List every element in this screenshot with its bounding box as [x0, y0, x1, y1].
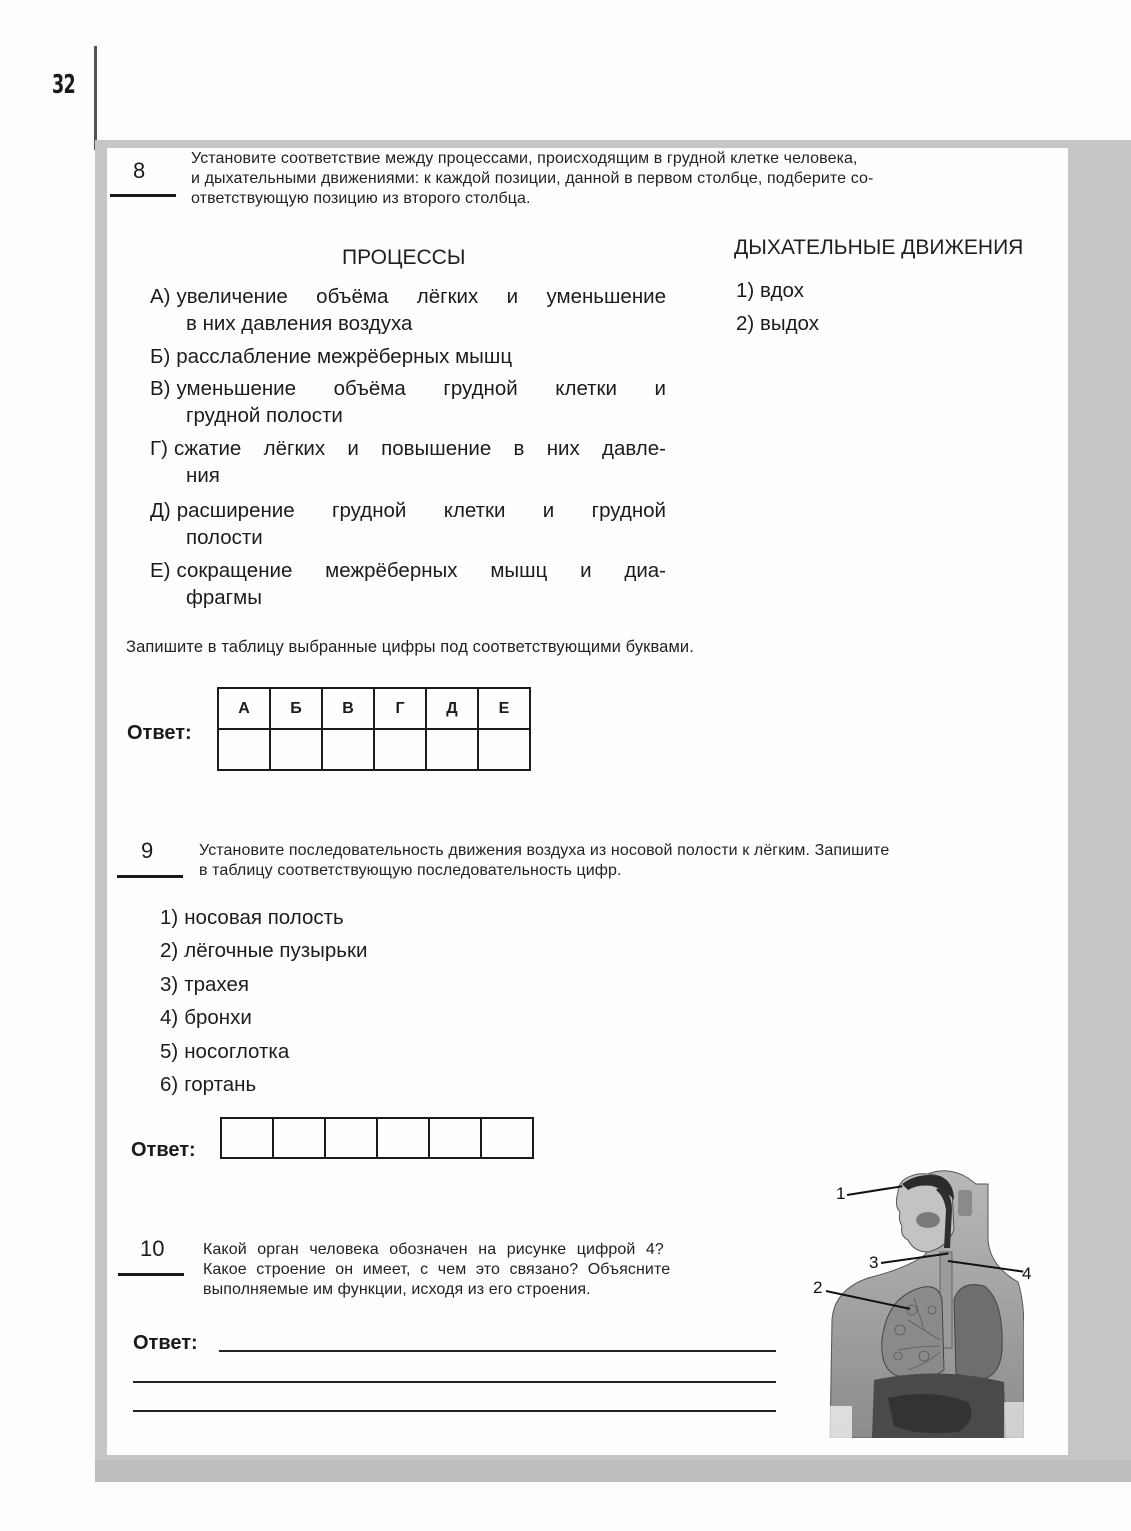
q8-movement-item: 1) вдох	[736, 276, 804, 305]
respiratory-system-figure	[828, 1170, 1024, 1438]
process-text: ния	[150, 461, 666, 490]
q8-prompt: Установите соответствие между процессами…	[191, 148, 1061, 209]
q8-number-bar	[110, 194, 176, 197]
q8-table-header-cell: Г	[374, 688, 426, 729]
q8-process-item: Г)сжатие лёгких и повышение в них давле-…	[150, 434, 666, 490]
process-letter: В)	[150, 377, 171, 400]
q10-answer-label: Ответ:	[133, 1332, 198, 1355]
figure-label-4: 4	[1022, 1264, 1031, 1284]
q10-prompt-line: Какой орган человека обозначен на рисунк…	[203, 1239, 778, 1260]
q8-table-header-cell: Д	[426, 688, 478, 729]
q10-answer-line[interactable]	[133, 1410, 776, 1412]
movement-number: 2)	[736, 312, 754, 335]
q8-answer-cell[interactable]	[478, 729, 530, 770]
q8-prompt-line: и дыхательными движениями: к каждой пози…	[191, 168, 1061, 189]
q8-right-heading: ДЫХАТЕЛЬНЫЕ ДВИЖЕНИЯ	[734, 236, 1023, 260]
q10-answer-line[interactable]	[133, 1381, 776, 1383]
option-number: 1)	[160, 906, 178, 929]
option-number: 3)	[160, 973, 178, 996]
q9-answer-cell[interactable]	[481, 1118, 533, 1158]
process-letter: Е)	[150, 559, 171, 582]
option-label: лёгочные пузырьки	[184, 939, 367, 962]
q8-table-header-cell: А	[218, 688, 270, 729]
q8-number: 8	[133, 158, 145, 184]
q9-prompt: Установите последовательность движения в…	[199, 840, 1069, 881]
q8-answer-cell[interactable]	[270, 729, 322, 770]
q8-process-item: А)увеличение объёма лёгких и уменьшениев…	[150, 282, 666, 338]
process-text: сокращение межрёберных мышц и диа-	[177, 559, 667, 582]
option-number: 4)	[160, 1006, 178, 1029]
q8-process-item: Б)расслабление межрёберных мышц	[150, 342, 666, 371]
q10-number-bar	[118, 1273, 184, 1276]
process-text: фрагмы	[150, 583, 666, 612]
q8-answer-cell[interactable]	[322, 729, 374, 770]
option-label: носовая полость	[184, 906, 343, 929]
q9-option-item: 6)гортань	[160, 1070, 256, 1099]
process-letter: А)	[150, 285, 171, 308]
q8-prompt-line: Установите соответствие между процессами…	[191, 148, 1061, 169]
q9-option-item: 3)трахея	[160, 970, 249, 999]
process-text: расслабление межрёберных мышц	[176, 345, 512, 368]
q10-prompt-line: выполняемые им функции, исходя из его ст…	[203, 1279, 778, 1300]
option-number: 2)	[160, 939, 178, 962]
movement-number: 1)	[736, 279, 754, 302]
process-letter: Б)	[150, 345, 170, 368]
q8-table-header-cell: В	[322, 688, 374, 729]
q8-process-item: Д)расширение грудной клетки и груднойпол…	[150, 496, 666, 552]
margin-rule	[94, 46, 97, 150]
process-text: расширение грудной клетки и грудной	[177, 499, 666, 522]
respiratory-system-illustration	[828, 1170, 1024, 1438]
q10-prompt: Какой орган человека обозначен на рисунк…	[203, 1239, 778, 1300]
q8-answer-label: Ответ:	[127, 722, 192, 745]
q9-option-item: 2)лёгочные пузырьки	[160, 936, 367, 965]
q9-answer-cell[interactable]	[377, 1118, 429, 1158]
q10-number: 10	[140, 1236, 164, 1262]
q8-process-item: В)уменьшение объёма грудной клетки игруд…	[150, 374, 666, 430]
q9-answer-table	[220, 1117, 534, 1159]
q8-table-header-cell: Б	[270, 688, 322, 729]
process-text: грудной полости	[150, 401, 666, 430]
option-label: бронхи	[184, 1006, 252, 1029]
process-letter: Г)	[150, 437, 168, 460]
q8-answer-cell[interactable]	[374, 729, 426, 770]
q9-option-item: 5)носоглотка	[160, 1037, 289, 1066]
q8-table-header-cell: Е	[478, 688, 530, 729]
q9-answer-label: Ответ:	[131, 1139, 196, 1162]
movement-label: вдох	[760, 279, 804, 302]
q9-prompt-line: Установите последовательность движения в…	[199, 840, 1069, 861]
option-label: трахея	[184, 973, 249, 996]
q9-answer-cell[interactable]	[429, 1118, 481, 1158]
q8-instruction: Запишите в таблицу выбранные цифры под с…	[126, 637, 694, 658]
figure-label-2: 2	[813, 1278, 822, 1298]
option-number: 5)	[160, 1040, 178, 1063]
q8-prompt-line: ответствующую позицию из второго столбца…	[191, 188, 1061, 209]
page-number: 32	[52, 70, 75, 100]
q8-process-item: Е)сокращение межрёберных мышц и диа-фраг…	[150, 556, 666, 612]
q9-option-item: 1)носовая полость	[160, 903, 344, 932]
figure-label-1: 1	[836, 1184, 845, 1204]
q9-number: 9	[141, 838, 153, 864]
process-text: в них давления воздуха	[150, 309, 666, 338]
q8-answer-table: АБВГДЕ	[217, 687, 531, 771]
q10-answer-line[interactable]	[219, 1350, 776, 1352]
process-text: полости	[150, 523, 666, 552]
q8-answer-cell[interactable]	[218, 729, 270, 770]
q9-number-bar	[117, 875, 183, 878]
movement-label: выдох	[760, 312, 819, 335]
q9-answer-cell[interactable]	[221, 1118, 273, 1158]
process-text: уменьшение объёма грудной клетки и	[177, 377, 667, 400]
q9-answer-cell[interactable]	[325, 1118, 377, 1158]
option-label: гортань	[184, 1073, 256, 1096]
process-text: сжатие лёгких и повышение в них давле-	[174, 437, 666, 460]
q9-option-item: 4)бронхи	[160, 1003, 252, 1032]
q8-left-heading: ПРОЦЕССЫ	[342, 246, 465, 270]
q9-prompt-line: в таблицу соответствующую последовательн…	[199, 860, 1069, 881]
q8-answer-cell[interactable]	[426, 729, 478, 770]
bottom-band	[95, 1460, 1131, 1482]
q8-movement-item: 2) выдох	[736, 309, 819, 338]
process-text: увеличение объёма лёгких и уменьшение	[177, 285, 667, 308]
option-number: 6)	[160, 1073, 178, 1096]
process-letter: Д)	[150, 499, 171, 522]
q10-prompt-line: Какое строение он имеет, с чем это связа…	[203, 1259, 778, 1280]
figure-label-3: 3	[869, 1253, 878, 1273]
option-label: носоглотка	[184, 1040, 289, 1063]
q9-answer-cell[interactable]	[273, 1118, 325, 1158]
